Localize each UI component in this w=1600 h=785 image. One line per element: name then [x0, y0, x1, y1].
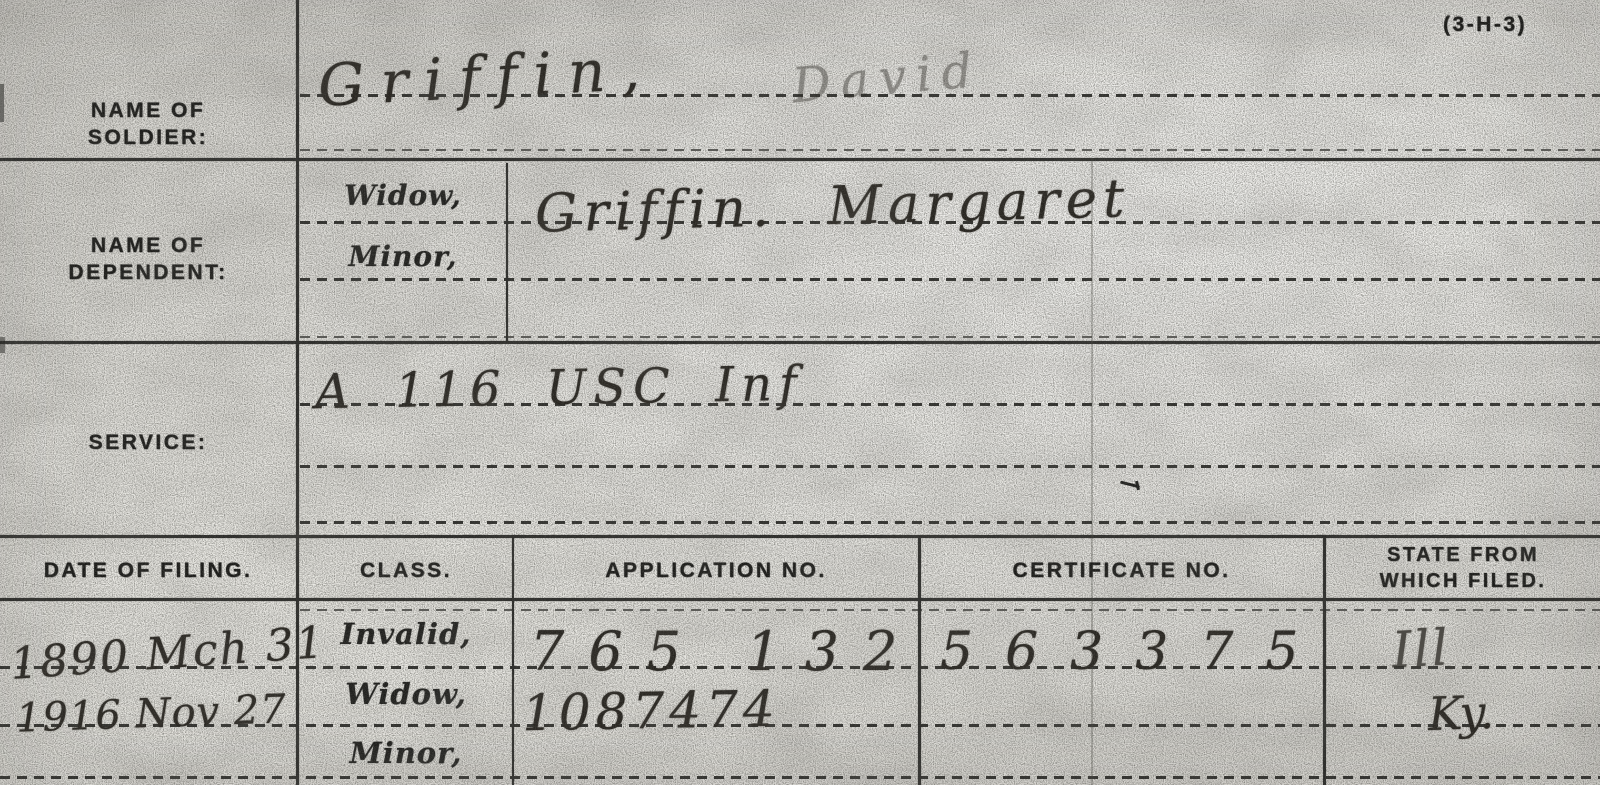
header-application-no: APPLICATION NO.	[514, 558, 918, 585]
table-row-line	[0, 776, 1600, 779]
class-minor-label: Minor,	[300, 736, 512, 770]
writing-line	[300, 521, 1600, 524]
soldier-label: NAME OF SOLDIER:	[0, 98, 296, 152]
header-state-from-which-filed: STATE FROM WHICH FILED.	[1326, 543, 1600, 594]
certificate-no-invalid-handwriting: 563375	[940, 626, 1331, 678]
scan-fold-artifact-line	[1091, 158, 1093, 785]
pension-index-card: (3-H-3) NAME OF SOLDIER: NAME OF DEPENDE…	[0, 0, 1600, 785]
widow-row-label: Widow,	[300, 179, 506, 212]
state-invalid-handwriting: Ill	[1391, 623, 1451, 676]
rule-below-dependent	[0, 341, 1600, 344]
stray-ink-mark	[1135, 481, 1140, 490]
soldier-given-name-handwriting: David	[790, 46, 984, 110]
header-certificate-no: CERTIFICATE NO.	[920, 558, 1323, 585]
writing-line	[300, 278, 1600, 281]
writing-line	[300, 609, 1600, 611]
class-widow-label: Widow,	[300, 677, 512, 711]
soldier-surname-handwriting: Griffin,	[317, 39, 657, 115]
header-class: CLASS.	[300, 558, 512, 585]
rule-below-table-header	[0, 598, 1600, 601]
rule-above-table-header	[0, 535, 1600, 538]
service-handwriting: A 116 USC Inf	[315, 360, 805, 417]
form-code: (3-H-3)	[1400, 12, 1570, 39]
dependent-label: NAME OF DEPENDENT:	[0, 233, 296, 287]
minor-row-label: Minor,	[300, 240, 506, 273]
writing-line	[300, 465, 1600, 468]
filing-date-widow-handwriting: 1916 Nov 27	[15, 689, 287, 738]
widow-minor-column-rule	[506, 163, 508, 342]
state-widow-handwriting: Ky.	[1427, 689, 1495, 737]
class-invalid-label: Invalid,	[300, 617, 512, 651]
scan-edge-artifact	[0, 337, 5, 353]
scan-edge-artifact	[0, 84, 4, 122]
application-no-invalid-handwriting: 765 132	[530, 625, 921, 679]
rule-below-soldier	[0, 158, 1600, 161]
filing-date-invalid-handwriting: 1890 Mch 31	[9, 621, 327, 687]
header-date-of-filing: DATE OF FILING.	[0, 558, 296, 585]
service-label: SERVICE:	[0, 430, 296, 457]
dependent-name-handwriting: Griffin. Margaret	[534, 172, 1131, 241]
application-no-widow-handwriting: 1087474	[522, 684, 781, 738]
writing-line	[300, 149, 1600, 151]
writing-line	[300, 336, 1600, 338]
